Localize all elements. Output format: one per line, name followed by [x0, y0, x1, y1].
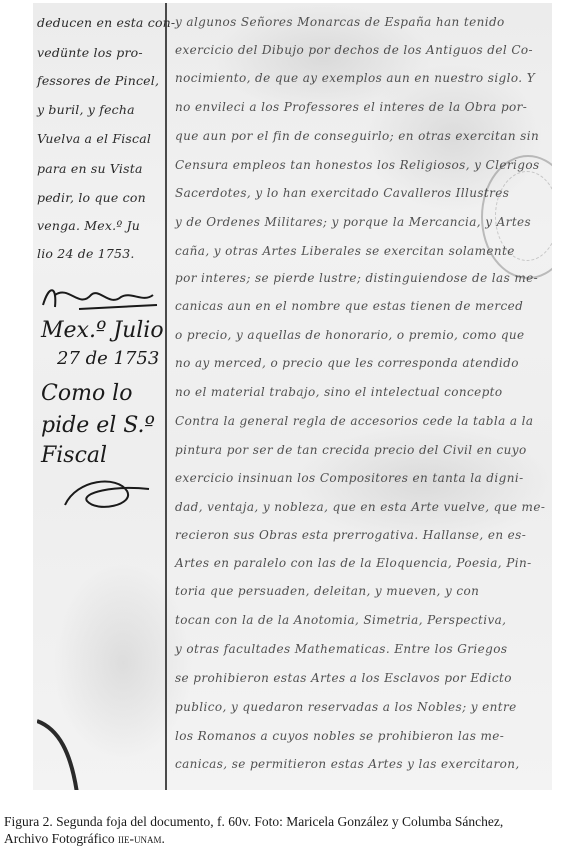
signature-flourish-icon — [39, 283, 159, 313]
rubric-flourish-icon — [57, 475, 157, 515]
margin-decree-line: Fiscal — [41, 443, 107, 468]
margin-note-line: vedünte los pro- — [37, 45, 143, 60]
manuscript-line: canicas aun en el nombre que estas tiene… — [175, 299, 523, 313]
manuscript-line: que aun por el fin de conseguirlo; en ot… — [175, 129, 539, 143]
caption-institution-acronym: IIE-UNAM — [118, 831, 162, 846]
manuscript-line: publico, y quedaron reservadas a los Nob… — [175, 700, 517, 714]
manuscript-line: caña, y otras Artes Liberales se exercit… — [175, 244, 515, 258]
manuscript-line: exercicio insinuan los Compositores en t… — [175, 471, 524, 485]
manuscript-line: dad, ventaja, y nobleza, que en esta Art… — [175, 500, 545, 514]
manuscript-line: tocan con la de la Anotomia, Simetria, P… — [175, 613, 506, 627]
margin-decree-line: Como lo — [41, 381, 132, 406]
margin-note-line: lio 24 de 1753. — [37, 246, 135, 261]
caption-archive-label: Archivo Fotográfico — [4, 831, 118, 846]
margin-note-line: Vuelva a el Fiscal — [37, 131, 151, 146]
manuscript-line: y de Ordenes Militares; y porque la Merc… — [175, 215, 531, 229]
caption-period: . — [161, 831, 164, 846]
manuscript-line: Sacerdotes, y lo han exercitado Cavaller… — [175, 186, 509, 200]
figure-caption: Figura 2. Segunda foja del documento, f.… — [4, 813, 580, 847]
margin-decree-line: pide el S.º — [41, 413, 155, 438]
margin-decree-line: Mex.º Julio — [41, 318, 164, 343]
manuscript-line: pintura por ser de tan crecida precio de… — [175, 443, 527, 457]
manuscript-line: no el material trabajo, sino el intelect… — [175, 385, 503, 399]
manuscript-main-column: y algunos Señores Monarcas de España han… — [169, 3, 552, 790]
manuscript-line: exercicio del Dibujo por dechos de los A… — [175, 43, 533, 57]
manuscript-line: Censura empleos tan honestos los Religio… — [175, 158, 540, 172]
margin-annotation-column: deducen en esta con- vedünte los pro- fe… — [37, 3, 163, 790]
margin-note-line: y buril, y fecha — [37, 102, 135, 117]
manuscript-line: no ay merced, o precio que les correspon… — [175, 356, 519, 370]
manuscript-line: toria que persuaden, deleitan, y mueven,… — [175, 584, 479, 598]
manuscript-photo: deducen en esta con- vedünte los pro- fe… — [33, 3, 552, 790]
page-curl-shadow-icon — [37, 703, 97, 790]
margin-note-line: fessores de Pincel, — [37, 73, 159, 88]
manuscript-line: recieron sus Obras esta prerrogativa. Ha… — [175, 528, 526, 542]
manuscript-line: por interes; se pierde lustre; distingui… — [175, 271, 538, 285]
manuscript-line: los Romanos a cuyos nobles se prohibiero… — [175, 729, 504, 743]
caption-line-1: Figura 2. Segunda foja del documento, f.… — [4, 813, 580, 830]
caption-line-2: Archivo Fotográfico IIE-UNAM. — [4, 830, 580, 847]
manuscript-line: nocimiento, de que ay exemplos aun en nu… — [175, 71, 535, 85]
manuscript-line: canicas, se permitieron estas Artes y la… — [175, 757, 520, 771]
manuscript-line: Artes en paralelo con las de la Eloquenc… — [175, 556, 532, 570]
margin-note-line: venga. Mex.º Ju — [37, 218, 140, 233]
margin-decree-line: 27 de 1753 — [57, 348, 159, 369]
manuscript-line: no envileci a los Professores el interes… — [175, 100, 527, 114]
margin-note-line: deducen en esta con- — [37, 15, 175, 30]
manuscript-line: se prohibieron estas Artes a los Esclavo… — [175, 671, 512, 685]
margin-note-line: para en su Vista — [37, 161, 143, 176]
manuscript-line: y otras facultades Mathematicas. Entre l… — [175, 642, 507, 656]
manuscript-line: y algunos Señores Monarcas de España han… — [175, 15, 505, 29]
manuscript-line: Contra la general regla de accesorios ce… — [175, 414, 533, 428]
margin-note-line: pedir, lo que con — [37, 190, 146, 205]
margin-ruled-line — [165, 3, 167, 790]
manuscript-line: o precio, y aquellas de honorario, o pre… — [175, 328, 525, 342]
